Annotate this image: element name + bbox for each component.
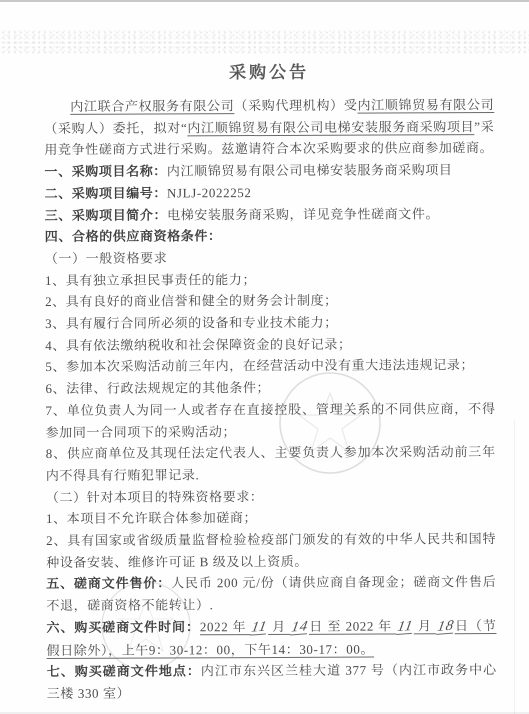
text-segment: 内江顺锦贸易有限公司电梯安装服务商采购项目 (187, 119, 474, 135)
document-body: 内江联合产权服务有限公司（采购代理机构）受内江顺锦贸易有限公司（采购人）委托，拟… (44, 94, 497, 705)
general-req-2: 2、具有良好的商业信誉和健全的财务会计制度； (45, 289, 495, 313)
text-segment: 6、法律、行政法规规定的其他条件； (45, 380, 270, 396)
handwritten-date-value: 14 (288, 616, 311, 639)
text-segment: 4、具有依法缴纳税收和社会保障资金的良好记录； (45, 336, 351, 352)
sub-general-requirements: （一）一般资格要求 (45, 246, 495, 270)
sub-special-requirements: （二）针对本项目的特殊资格要求： (46, 485, 496, 509)
text-segment: 1、本项目不允许联合体参加磋商； (46, 510, 257, 526)
text-segment: 8、供应商单位及其现任法定代表人、主要负责人参加本次采购活动前三年内不得具有行贿… (46, 444, 496, 483)
general-req-5: 5、参加本次采购活动前三年内，在经营活动中没有重大违法违规记录； (45, 354, 495, 378)
text-segment: 月 (268, 619, 290, 634)
text-segment: 2、具有国家或省级质量监督检验检疫部门颁发的有效的中华人民共和国特种设备安装、维… (46, 531, 496, 570)
text-segment: 3、具有履行合同所必须的设备和专业技术能力； (45, 315, 338, 331)
document-content: 采购公告 内江联合产权服务有限公司（采购代理机构）受内江顺锦贸易有限公司（采购人… (44, 57, 497, 705)
text-segment: 2、具有良好的商业信誉和健全的财务会计制度； (45, 293, 338, 309)
item-project-name: 一、采购项目名称：内江顺锦贸易有限公司电梯安装服务商采购项目 (44, 159, 494, 183)
item-label: 六、购买磋商文件时间： (46, 619, 199, 635)
general-req-6: 6、法律、行政法规规定的其他条件； (45, 376, 495, 400)
text-segment: （采购代理机构）受 (234, 98, 357, 114)
general-req-8: 8、供应商单位及其现任法定代表人、主要负责人参加本次采购活动前三年内不得具有行贿… (46, 441, 496, 486)
text-segment: 7、单位负责人为同一人或者存在直接控股、管理关系的不同供应商，不得参加同一合同项… (46, 401, 496, 440)
text-segment: 内江联合产权服务有限公司 (70, 98, 234, 114)
item-label: 七、购买磋商文件地点： (47, 664, 201, 680)
scanned-document-page: 采购公告 内江联合产权服务有限公司（采购代理机构）受内江顺锦贸易有限公司（采购人… (0, 0, 529, 714)
special-req-1: 1、本项目不允许联合体参加磋商； (46, 506, 496, 530)
item-project-brief: 三、采购项目简介：电梯安装服务商采购，详见竞争性磋商文件。 (45, 203, 495, 227)
text-segment: 1、具有独立承担民事责任的能力； (45, 272, 256, 288)
text-segment: 5、参加本次采购活动前三年内，在经营活动中没有重大违法违规记录； (45, 358, 474, 375)
general-req-3: 3、具有履行合同所必须的设备和专业技术能力； (45, 311, 495, 335)
scan-noise-band (0, 30, 529, 54)
item-label: 四、合格的供应商资格条件： (45, 228, 222, 244)
handwritten-date-value: 11 (249, 616, 270, 639)
text-segment: 内江顺锦贸易有限公司电梯安装服务商采购项目 (167, 162, 453, 178)
page-title: 采购公告 (44, 57, 494, 84)
intro-paragraph: 内江联合产权服务有限公司（采购代理机构）受内江顺锦贸易有限公司（采购人）委托，拟… (44, 94, 494, 161)
text-segment: （二）针对本项目的特殊资格要求： (46, 489, 264, 505)
general-req-7: 7、单位负责人为同一人或者存在直接控股、管理关系的不同供应商，不得参加同一合同项… (45, 398, 495, 443)
item-label: 一、采购项目名称： (44, 164, 166, 180)
text-segment: （采购人）委托，拟对“ (44, 120, 187, 136)
general-req-1: 1、具有独立承担民事责任的能力； (45, 268, 495, 292)
item-label: 三、采购项目简介： (45, 207, 167, 223)
item-document-price: 五、磋商文件售价：人民币 200 元/份（请供应商自备现金；磋商文件售后不退，磋… (46, 571, 496, 616)
general-req-4: 4、具有依法缴纳税收和社会保障资金的良好记录； (45, 333, 495, 357)
scan-top-edge-line (0, 0, 529, 2)
item-label: 二、采购项目编号： (45, 185, 167, 201)
text-segment: 电梯安装服务商采购，详见竞争性磋商文件。 (167, 206, 439, 222)
handwritten-date-value: 18 (434, 615, 457, 638)
paper-crease-line (514, 420, 515, 714)
text-segment: 内江顺锦贸易有限公司 (357, 97, 494, 113)
text-segment: 月 (414, 618, 436, 633)
text-segment: 日 至 2022 年 (309, 618, 396, 633)
item-label: 五、磋商文件售价： (46, 576, 171, 592)
item-project-number: 二、采购项目编号：NJLJ-2022252 (45, 181, 495, 205)
text-segment: 2022 年 (200, 619, 251, 634)
item-document-purchase-place: 七、购买磋商文件地点：内江市东兴区兰桂大道 377 号（内江市政务中心三楼 33… (47, 659, 497, 704)
handwritten-date-value: 11 (394, 616, 415, 639)
special-req-2: 2、具有国家或省级质量监督检验检疫部门颁发的有效的中华人民共和国特种设备安装、维… (46, 528, 496, 573)
text-segment: （一）一般资格要求 (45, 250, 167, 266)
item-supplier-qualification: 四、合格的供应商资格条件： (45, 224, 495, 248)
item-document-purchase-time: 六、购买磋商文件时间：2022 年 11 月 14日 至 2022 年 11 月… (46, 615, 496, 661)
text-segment: NJLJ-2022252 (167, 185, 252, 200)
